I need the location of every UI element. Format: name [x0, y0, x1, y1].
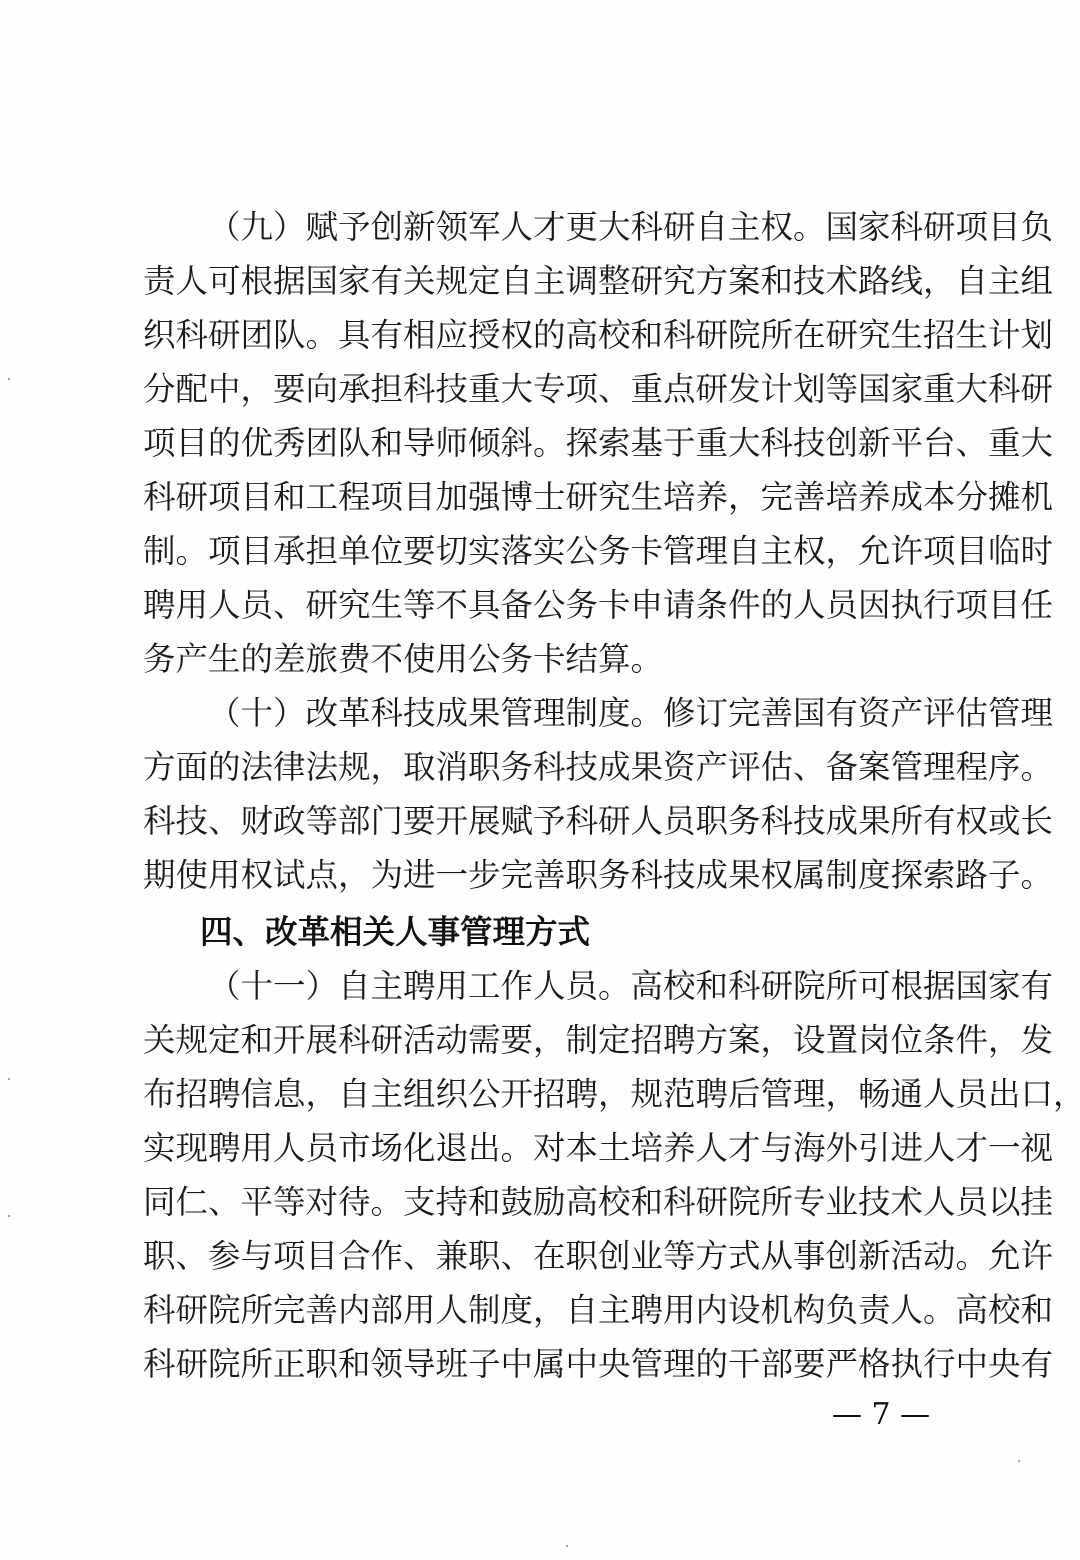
paragraph-9-line-9: 务产生的差旅费不使用公务卡结算。 — [143, 639, 949, 679]
paragraph-11-line-8: 科研院所正职和领导班子中属中央管理的干部要严格执行中央有 — [143, 1344, 949, 1384]
paragraph-11-line-1: （十一）自主聘用工作人员。高校和科研院所可根据国家有 — [208, 966, 949, 1006]
paragraph-11-line-3: 布招聘信息，自主组织公开招聘，规范聘后管理，畅通人员出口， — [143, 1074, 949, 1114]
scan-speck — [1018, 1460, 1020, 1462]
paragraph-9-line-3: 织科研团队。具有相应授权的高校和科研院所在研究生招生计划 — [143, 315, 949, 355]
paragraph-10-line-3: 科技、财政等部门要开展赋予科研人员职务科技成果所有权或长 — [143, 801, 949, 841]
scan-speck — [8, 1215, 10, 1217]
paragraph-9-line-7: 制。项目承担单位要切实落实公务卡管理自主权，允许项目临时 — [143, 531, 949, 571]
paragraph-9-line-5: 项目的优秀团队和导师倾斜。探索基于重大科技创新平台、重大 — [143, 423, 949, 463]
scan-speck — [8, 1078, 10, 1080]
paragraph-11-line-6: 职、参与项目合作、兼职、在职创业等方式从事创新活动。允许 — [143, 1236, 949, 1276]
paragraph-9-line-1: （九）赋予创新领军人才更大科研自主权。国家科研项目负 — [208, 207, 949, 247]
paragraph-10-line-2: 方面的法律法规，取消职务科技成果资产评估、备案管理程序。 — [143, 747, 949, 787]
scan-speck — [8, 378, 10, 380]
paragraph-10-line-4: 期使用权试点，为进一步完善职务科技成果权属制度探索路子。 — [143, 855, 949, 895]
paragraph-11-line-7: 科研院所完善内部用人制度，自主聘用内设机构负责人。高校和 — [143, 1290, 949, 1330]
paragraph-9-line-6: 科研项目和工程项目加强博士研究生培养，完善培养成本分摊机 — [143, 477, 949, 517]
paragraph-9-line-4: 分配中，要向承担科技重大专项、重点研发计划等国家重大科研 — [143, 369, 949, 409]
paragraph-11-line-2: 关规定和开展科研活动需要，制定招聘方案，设置岗位条件，发 — [143, 1020, 949, 1060]
document-page: （九）赋予创新领军人才更大科研自主权。国家科研项目负 责人可根据国家有关规定自主… — [0, 0, 1080, 1560]
section-heading: 四、改革相关人事管理方式 — [200, 912, 590, 952]
paragraph-9-line-2: 责人可根据国家有关规定自主调整研究方案和技术路线，自主组 — [143, 261, 949, 301]
paragraph-11-line-4: 实现聘用人员市场化退出。对本土培养人才与海外引进人才一视 — [143, 1128, 949, 1168]
scan-speck — [566, 1545, 568, 1547]
page-number: — 7 — — [832, 1395, 930, 1435]
paragraph-9-line-8: 聘用人员、研究生等不具备公务卡申请条件的人员因执行项目任 — [143, 585, 949, 625]
paragraph-10-line-1: （十）改革科技成果管理制度。修订完善国有资产评估管理 — [208, 693, 949, 733]
paragraph-11-line-5: 同仁、平等对待。支持和鼓励高校和科研院所专业技术人员以挂 — [143, 1182, 949, 1222]
